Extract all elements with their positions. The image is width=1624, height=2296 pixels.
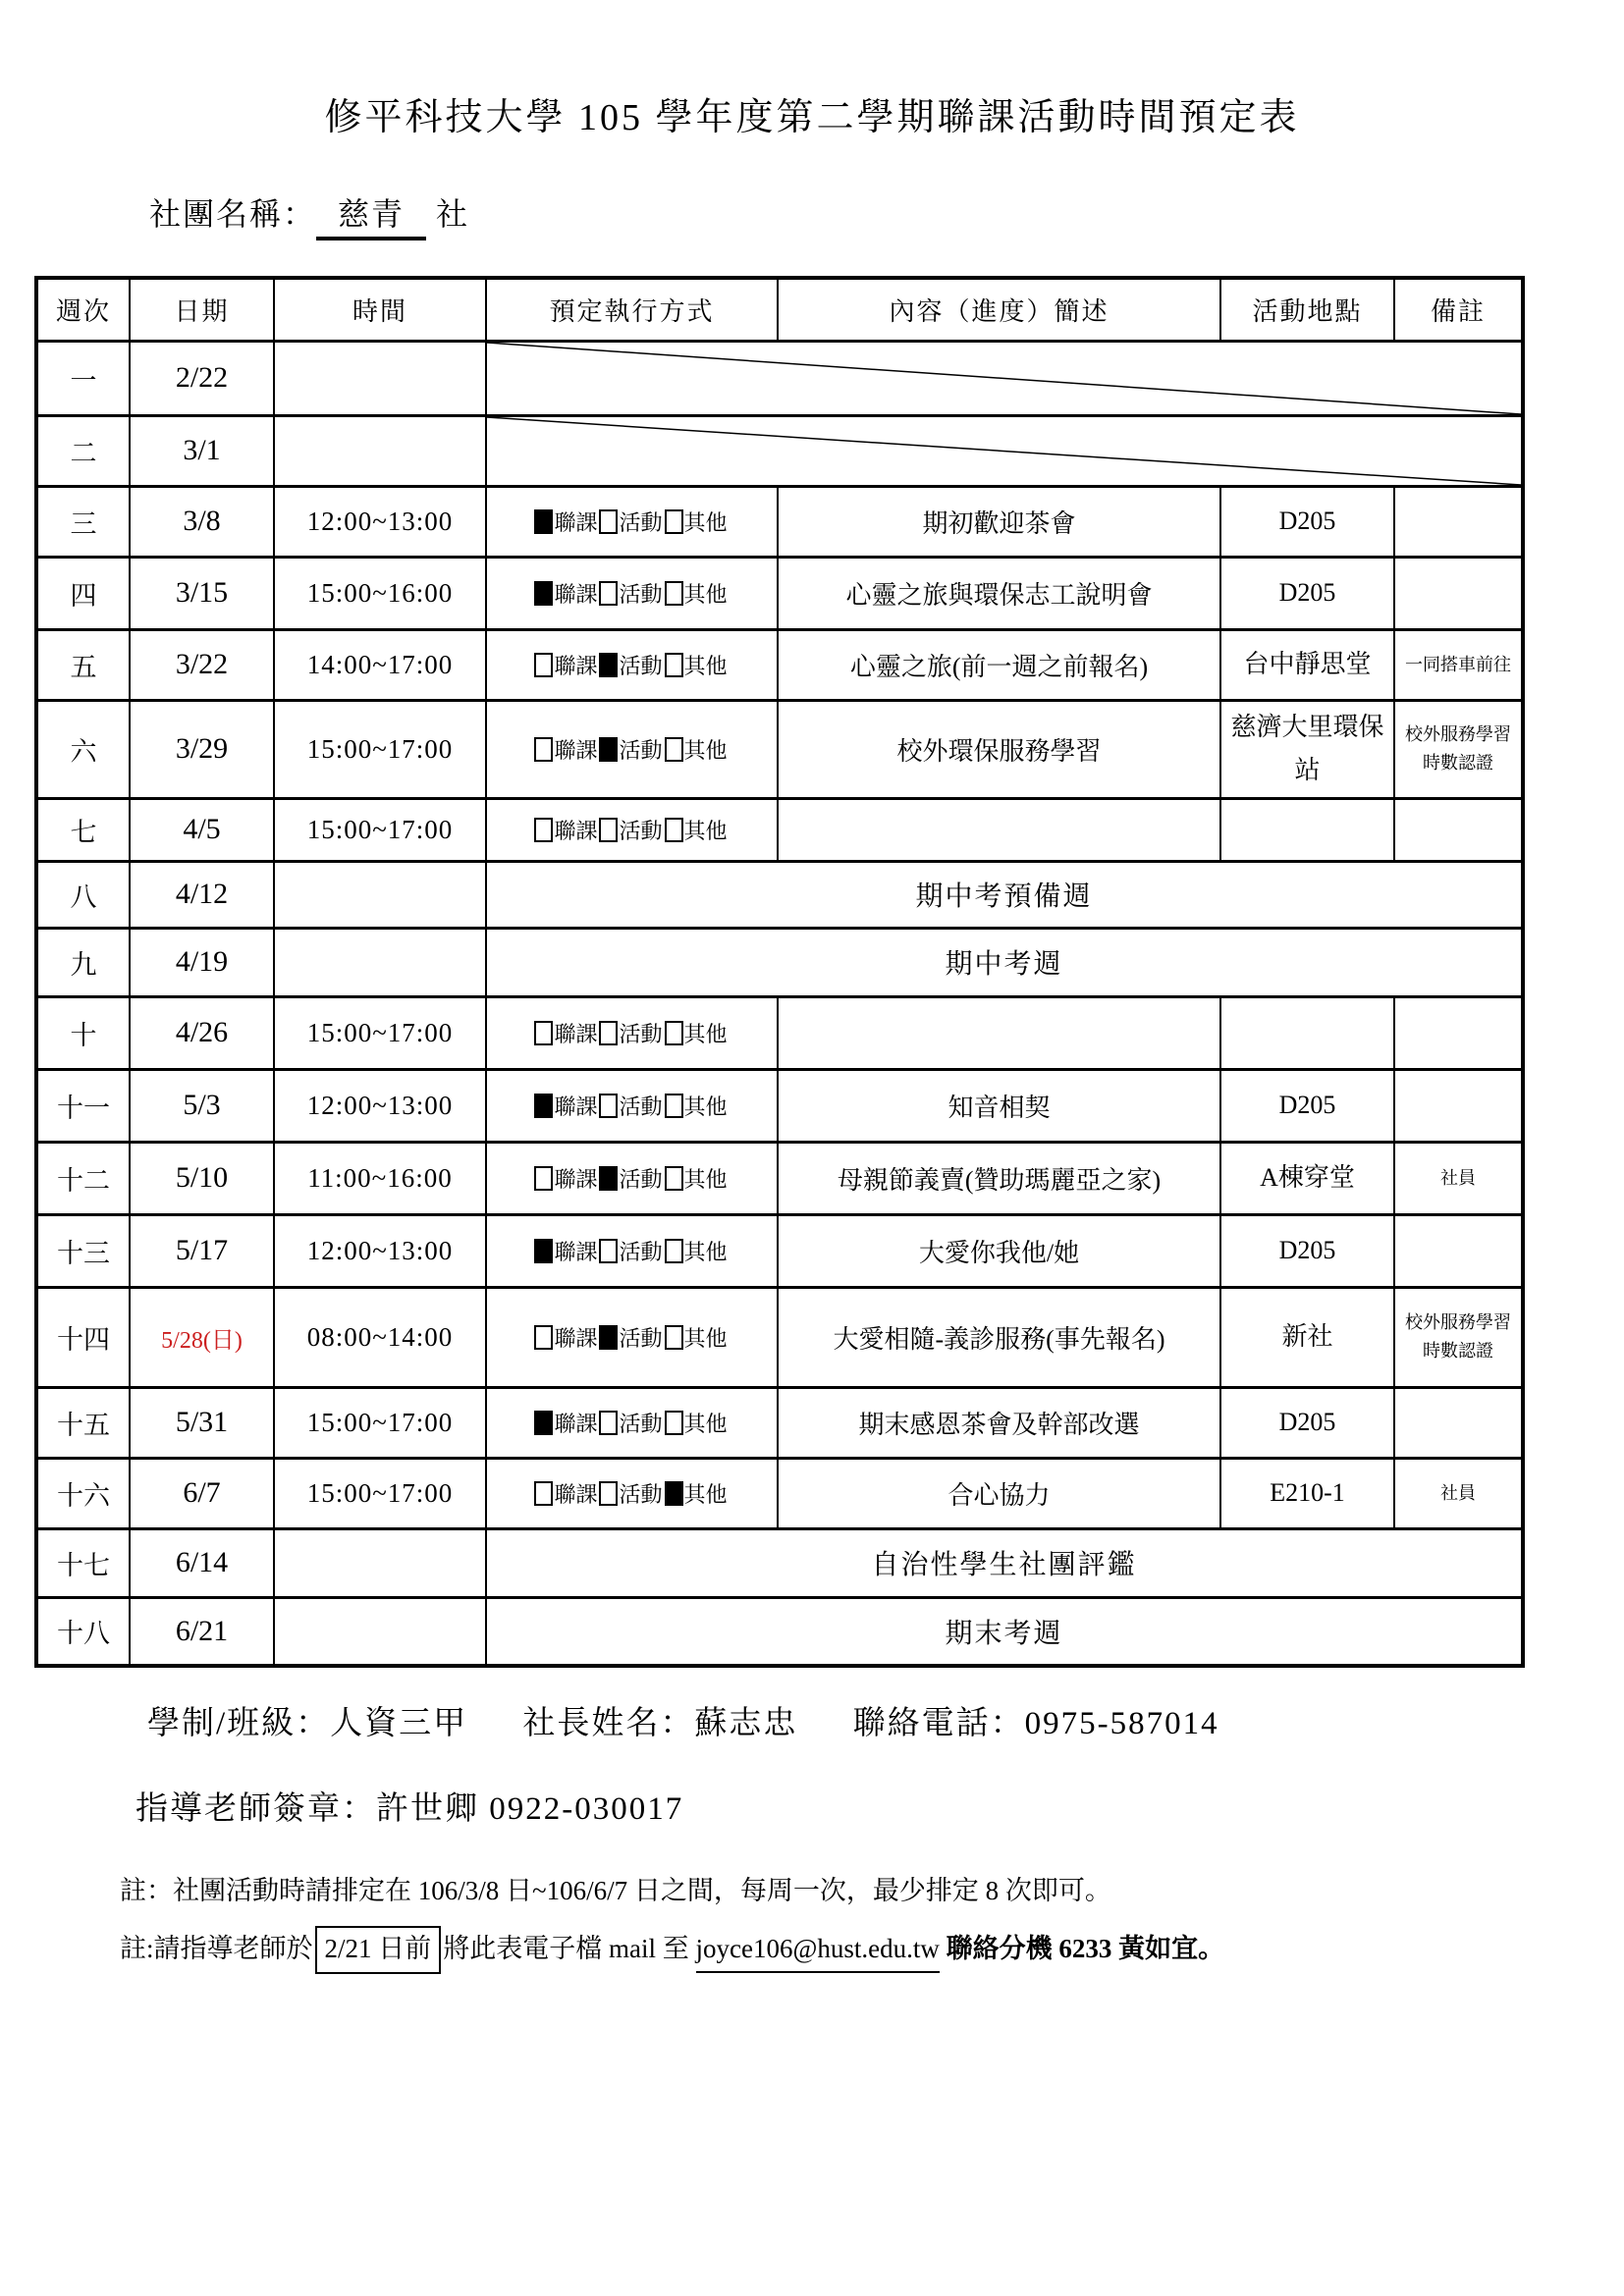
content-cell: 大愛你我他/她 [778, 1214, 1220, 1287]
checked-checkbox-huodong-icon [599, 737, 618, 762]
merged-week-cell: 期中考週 [486, 928, 1523, 996]
date-cell: 3/22 [130, 629, 274, 700]
time-cell [274, 415, 486, 486]
method-cell: 聯課活動其他 [486, 1387, 778, 1458]
time-cell [274, 928, 486, 996]
time-cell: 15:00~17:00 [274, 1387, 486, 1458]
note-cell [1394, 557, 1523, 629]
table-row: 二3/1 [36, 415, 1523, 486]
header-note: 備註 [1394, 278, 1523, 341]
week-cell: 四 [36, 557, 130, 629]
unchecked-checkbox-lianke-icon [534, 1021, 553, 1045]
checkbox-label-huodong: 活動 [619, 738, 662, 763]
checkbox-label-qita: 其他 [684, 1482, 728, 1507]
unchecked-checkbox-qita-icon [665, 653, 683, 677]
time-cell: 15:00~17:00 [274, 798, 486, 861]
week-cell: 八 [36, 861, 130, 928]
unchecked-checkbox-qita-icon [665, 1094, 683, 1118]
phone-segment: 聯絡電話：0975-587014 [853, 1706, 1219, 1741]
week-cell: 十 [36, 996, 130, 1069]
president-label: 社長姓名： [522, 1706, 694, 1741]
location-cell: E210-1 [1220, 1458, 1394, 1528]
date-cell: 6/21 [130, 1597, 274, 1666]
note-2-lead: 註:請指導老師於 [120, 1934, 313, 1963]
week-cell: 七 [36, 798, 130, 861]
note-cell: 校外服務學習時數認證 [1394, 700, 1523, 798]
document-page: 修平科技大學 105 學年度第二學期聯課活動時間預定表 社團名稱：慈青社 週次 … [0, 0, 1624, 2296]
header-date: 日期 [130, 278, 274, 341]
date-cell: 6/7 [130, 1458, 274, 1528]
time-cell: 14:00~17:00 [274, 629, 486, 700]
location-cell: 新社 [1220, 1287, 1394, 1387]
method-cell: 聯課活動其他 [486, 1214, 778, 1287]
time-cell [274, 1597, 486, 1666]
table-row: 十五5/3115:00~17:00聯課活動其他期末感恩茶會及幹部改選D205 [36, 1387, 1523, 1458]
content-cell: 母親節義賣(贊助瑪麗亞之家) [778, 1142, 1220, 1214]
time-cell: 08:00~14:00 [274, 1287, 486, 1387]
unchecked-checkbox-qita-icon [665, 581, 683, 606]
unchecked-checkbox-lianke-icon [534, 653, 553, 677]
date-cell: 4/5 [130, 798, 274, 861]
checkbox-label-huodong: 活動 [619, 510, 662, 535]
week-cell: 十四 [36, 1287, 130, 1387]
date-cell: 5/10 [130, 1142, 274, 1214]
checkbox-label-huodong: 活動 [619, 1240, 662, 1264]
time-cell [274, 1528, 486, 1597]
week-cell: 十七 [36, 1528, 130, 1597]
advisor-signature-line: 指導老師簽章：許世卿 0922-030017 [135, 1783, 1624, 1829]
week-cell: 六 [36, 700, 130, 798]
unchecked-checkbox-qita-icon [665, 1325, 683, 1350]
date-cell: 3/15 [130, 557, 274, 629]
checkbox-label-huodong: 活動 [619, 1095, 662, 1119]
club-name-suffix: 社 [436, 196, 469, 232]
notes-section: 註：社團活動時請排定在 106/3/8 日~106/6/7 日之間，每周一次，最… [120, 1870, 1624, 1974]
date-cell: 5/3 [130, 1069, 274, 1142]
checkbox-label-qita: 其他 [684, 819, 728, 843]
time-cell: 15:00~17:00 [274, 996, 486, 1069]
week-cell: 五 [36, 629, 130, 700]
week-cell: 十六 [36, 1458, 130, 1528]
page-title: 修平科技大學 105 學年度第二學期聯課活動時間預定表 [0, 0, 1624, 140]
checkbox-label-huodong: 活動 [619, 1412, 662, 1436]
phone-label: 聯絡電話： [853, 1706, 1025, 1741]
unchecked-checkbox-huodong-icon [599, 509, 618, 534]
content-cell [778, 996, 1220, 1069]
checkbox-label-qita: 其他 [684, 1022, 728, 1046]
location-cell: 台中靜思堂 [1220, 629, 1394, 700]
content-cell: 知音相契 [778, 1069, 1220, 1142]
table-row: 十三5/1712:00~13:00聯課活動其他大愛你我他/她D205 [36, 1214, 1523, 1287]
checked-checkbox-huodong-icon [599, 1166, 618, 1191]
method-cell: 聯課活動其他 [486, 557, 778, 629]
method-cell: 聯課活動其他 [486, 1458, 778, 1528]
week-cell: 九 [36, 928, 130, 996]
header-time: 時間 [274, 278, 486, 341]
table-row: 十七6/14自治性學生社團評鑑 [36, 1528, 1523, 1597]
unchecked-checkbox-lianke-icon [534, 737, 553, 762]
checkbox-label-huodong: 活動 [619, 819, 662, 843]
time-cell [274, 861, 486, 928]
date-cell: 4/12 [130, 861, 274, 928]
week-cell: 三 [36, 486, 130, 557]
checkbox-label-qita: 其他 [684, 582, 728, 607]
note-cell [1394, 1214, 1523, 1287]
table-row: 十四5/28(日)08:00~14:00聯課活動其他大愛相隨-義診服務(事先報名… [36, 1287, 1523, 1387]
time-cell: 12:00~13:00 [274, 1214, 486, 1287]
location-cell: D205 [1220, 1069, 1394, 1142]
table-row: 七4/515:00~17:00聯課活動其他 [36, 798, 1523, 861]
checkbox-label-lianke: 聯課 [554, 1412, 597, 1436]
method-cell: 聯課活動其他 [486, 486, 778, 557]
club-name-line: 社團名稱：慈青社 [149, 189, 1624, 240]
table-row: 十二5/1011:00~16:00聯課活動其他母親節義賣(贊助瑪麗亞之家)A棟穿… [36, 1142, 1523, 1214]
checked-checkbox-lianke-icon [534, 1411, 553, 1435]
checkbox-label-qita: 其他 [684, 1412, 728, 1436]
checkbox-label-huodong: 活動 [619, 1482, 662, 1507]
checked-checkbox-huodong-icon [599, 653, 618, 677]
date-cell: 5/31 [130, 1387, 274, 1458]
unchecked-checkbox-qita-icon [665, 1021, 683, 1045]
location-cell: A棟穿堂 [1220, 1142, 1394, 1214]
checked-checkbox-lianke-icon [534, 509, 553, 534]
checked-checkbox-lianke-icon [534, 1094, 553, 1118]
checkbox-label-qita: 其他 [684, 1240, 728, 1264]
checkbox-label-lianke: 聯課 [554, 1022, 597, 1046]
checkbox-label-qita: 其他 [684, 1167, 728, 1192]
checkbox-label-lianke: 聯課 [554, 1326, 597, 1351]
checkbox-label-qita: 其他 [684, 510, 728, 535]
checkbox-label-lianke: 聯課 [554, 1095, 597, 1119]
unchecked-checkbox-qita-icon [665, 509, 683, 534]
unchecked-checkbox-huodong-icon [599, 1481, 618, 1506]
note-cell [1394, 798, 1523, 861]
merged-week-cell: 期末考週 [486, 1597, 1523, 1666]
location-cell: D205 [1220, 557, 1394, 629]
location-cell: D205 [1220, 1387, 1394, 1458]
unchecked-checkbox-huodong-icon [599, 818, 618, 842]
note-cell [1394, 1069, 1523, 1142]
schedule-table-body: 一2/22二3/1三3/812:00~13:00聯課活動其他期初歡迎茶會D205… [36, 341, 1523, 1666]
table-row: 六3/2915:00~17:00聯課活動其他校外環保服務學習慈濟大里環保站校外服… [36, 700, 1523, 798]
checkbox-label-lianke: 聯課 [554, 1167, 597, 1192]
unchecked-checkbox-qita-icon [665, 818, 683, 842]
checkbox-label-lianke: 聯課 [554, 1240, 597, 1264]
unchecked-checkbox-lianke-icon [534, 818, 553, 842]
content-cell: 心靈之旅(前一週之前報名) [778, 629, 1220, 700]
time-cell: 11:00~16:00 [274, 1142, 486, 1214]
checkbox-label-qita: 其他 [684, 654, 728, 678]
checkbox-label-lianke: 聯課 [554, 510, 597, 535]
date-cell: 5/17 [130, 1214, 274, 1287]
time-cell: 15:00~16:00 [274, 557, 486, 629]
advisor-value: 許世卿 0922-030017 [376, 1791, 683, 1827]
date-cell: 4/19 [130, 928, 274, 996]
week-cell: 十五 [36, 1387, 130, 1458]
location-cell: D205 [1220, 486, 1394, 557]
note-cell: 校外服務學習時數認證 [1394, 1287, 1523, 1387]
unchecked-checkbox-qita-icon [665, 1411, 683, 1435]
date-cell: 3/1 [130, 415, 274, 486]
week-cell: 十二 [36, 1142, 130, 1214]
checkbox-label-qita: 其他 [684, 1326, 728, 1351]
content-cell: 期初歡迎茶會 [778, 486, 1220, 557]
diagonal-line [487, 343, 1521, 414]
header-week: 週次 [36, 278, 130, 341]
table-row: 三3/812:00~13:00聯課活動其他期初歡迎茶會D205 [36, 486, 1523, 557]
method-cell: 聯課活動其他 [486, 629, 778, 700]
unchecked-checkbox-lianke-icon [534, 1166, 553, 1191]
checkbox-label-lianke: 聯課 [554, 819, 597, 843]
checkbox-label-qita: 其他 [684, 1095, 728, 1119]
checked-checkbox-huodong-icon [599, 1325, 618, 1350]
note-2: 註:請指導老師於2/21 日前將此表電子檔 mail 至 joyce106@hu… [120, 1926, 1624, 1974]
checkbox-label-huodong: 活動 [619, 582, 662, 607]
note-cell [1394, 996, 1523, 1069]
week-cell: 十一 [36, 1069, 130, 1142]
table-header-row: 週次 日期 時間 預定執行方式 內容（進度）簡述 活動地點 備註 [36, 278, 1523, 341]
unchecked-checkbox-qita-icon [665, 737, 683, 762]
checkbox-label-huodong: 活動 [619, 654, 662, 678]
phone-value: 0975-587014 [1025, 1706, 1219, 1741]
unchecked-checkbox-lianke-icon [534, 1481, 553, 1506]
date-cell: 2/22 [130, 341, 274, 415]
checkbox-label-huodong: 活動 [619, 1167, 662, 1192]
header-location: 活動地點 [1220, 278, 1394, 341]
checkbox-label-huodong: 活動 [619, 1326, 662, 1351]
content-cell [778, 798, 1220, 861]
location-cell [1220, 996, 1394, 1069]
header-method: 預定執行方式 [486, 278, 778, 341]
method-cell: 聯課活動其他 [486, 700, 778, 798]
unchecked-checkbox-huodong-icon [599, 1021, 618, 1045]
checked-checkbox-lianke-icon [534, 1239, 553, 1263]
location-cell: 慈濟大里環保站 [1220, 700, 1394, 798]
merged-week-cell: 自治性學生社團評鑑 [486, 1528, 1523, 1597]
method-cell: 聯課活動其他 [486, 1142, 778, 1214]
table-row: 一2/22 [36, 341, 1523, 415]
date-cell: 5/28(日) [130, 1287, 274, 1387]
unchecked-checkbox-huodong-icon [599, 581, 618, 606]
checked-checkbox-qita-icon [665, 1481, 683, 1506]
unchecked-checkbox-huodong-icon [599, 1411, 618, 1435]
note-2-tail: 聯絡分機 6233 黃如宜。 [940, 1934, 1224, 1963]
header-content: 內容（進度）簡述 [778, 278, 1220, 341]
table-row: 八4/12期中考預備週 [36, 861, 1523, 928]
week-cell: 十八 [36, 1597, 130, 1666]
method-cell: 聯課活動其他 [486, 1069, 778, 1142]
content-cell: 大愛相隨-義診服務(事先報名) [778, 1287, 1220, 1387]
diagonal-strikeout-cell [486, 415, 1523, 486]
checkbox-label-lianke: 聯課 [554, 1482, 597, 1507]
time-cell: 15:00~17:00 [274, 1458, 486, 1528]
table-row: 九4/19期中考週 [36, 928, 1523, 996]
unchecked-checkbox-huodong-icon [599, 1239, 618, 1263]
date-cell: 6/14 [130, 1528, 274, 1597]
club-name-label: 社團名稱： [149, 196, 316, 232]
note-cell: 一同搭車前往 [1394, 629, 1523, 700]
date-cell: 3/29 [130, 700, 274, 798]
note-cell [1394, 486, 1523, 557]
checkbox-label-qita: 其他 [684, 738, 728, 763]
checkbox-label-huodong: 活動 [619, 1022, 662, 1046]
table-row: 十一5/312:00~13:00聯課活動其他知音相契D205 [36, 1069, 1523, 1142]
unchecked-checkbox-qita-icon [665, 1239, 683, 1263]
program-class-label: 學制/班級： [147, 1706, 330, 1741]
unchecked-checkbox-huodong-icon [599, 1094, 618, 1118]
unchecked-checkbox-qita-icon [665, 1166, 683, 1191]
president-value: 蘇志忠 [694, 1706, 797, 1741]
checkbox-label-lianke: 聯課 [554, 582, 597, 607]
program-class-value: 人資三甲 [330, 1706, 467, 1741]
week-cell: 二 [36, 415, 130, 486]
content-cell: 心靈之旅與環保志工說明會 [778, 557, 1220, 629]
merged-week-cell: 期中考預備週 [486, 861, 1523, 928]
time-cell: 12:00~13:00 [274, 1069, 486, 1142]
content-cell: 合心協力 [778, 1458, 1220, 1528]
unchecked-checkbox-lianke-icon [534, 1325, 553, 1350]
diagonal-strikeout-cell [486, 341, 1523, 415]
activity-schedule-table: 週次 日期 時間 預定執行方式 內容（進度）簡述 活動地點 備註 一2/22二3… [34, 276, 1525, 1668]
footer-info-line: 學制/班級：人資三甲 社長姓名：蘇志忠 聯絡電話：0975-587014 [147, 1697, 1624, 1743]
table-row: 五3/2214:00~17:00聯課活動其他心靈之旅(前一週之前報名)台中靜思堂… [36, 629, 1523, 700]
content-cell: 校外環保服務學習 [778, 700, 1220, 798]
method-cell: 聯課活動其他 [486, 798, 778, 861]
content-cell: 期末感恩茶會及幹部改選 [778, 1387, 1220, 1458]
table-row: 十六6/715:00~17:00聯課活動其他合心協力E210-1社員 [36, 1458, 1523, 1528]
checkbox-label-lianke: 聯課 [554, 738, 597, 763]
note-cell: 社員 [1394, 1142, 1523, 1214]
club-name-value: 慈青 [316, 189, 426, 240]
note-2-boxed-date: 2/21 日前 [315, 1926, 442, 1974]
program-class-segment: 學制/班級：人資三甲 [147, 1706, 467, 1741]
table-row: 十八6/21期末考週 [36, 1597, 1523, 1666]
diagonal-line [487, 417, 1521, 485]
time-cell [274, 341, 486, 415]
method-cell: 聯課活動其他 [486, 996, 778, 1069]
location-cell [1220, 798, 1394, 861]
week-cell: 一 [36, 341, 130, 415]
time-cell: 15:00~17:00 [274, 700, 486, 798]
checkbox-label-lianke: 聯課 [554, 654, 597, 678]
note-1: 註：社團活動時請排定在 106/3/8 日~106/6/7 日之間，每周一次，最… [120, 1870, 1624, 1912]
time-cell: 12:00~13:00 [274, 486, 486, 557]
advisor-label: 指導老師簽章： [135, 1791, 376, 1827]
note-cell [1394, 1387, 1523, 1458]
president-segment: 社長姓名：蘇志忠 [522, 1706, 797, 1741]
table-row: 四3/1515:00~16:00聯課活動其他心靈之旅與環保志工說明會D205 [36, 557, 1523, 629]
date-cell: 4/26 [130, 996, 274, 1069]
week-cell: 十三 [36, 1214, 130, 1287]
note-2-mid: 將此表電子檔 mail 至 [443, 1934, 695, 1963]
date-cell: 3/8 [130, 486, 274, 557]
checked-checkbox-lianke-icon [534, 581, 553, 606]
location-cell: D205 [1220, 1214, 1394, 1287]
table-row: 十4/2615:00~17:00聯課活動其他 [36, 996, 1523, 1069]
note-2-email: joyce106@hust.edu.tw [696, 1928, 940, 1973]
method-cell: 聯課活動其他 [486, 1287, 778, 1387]
note-cell: 社員 [1394, 1458, 1523, 1528]
